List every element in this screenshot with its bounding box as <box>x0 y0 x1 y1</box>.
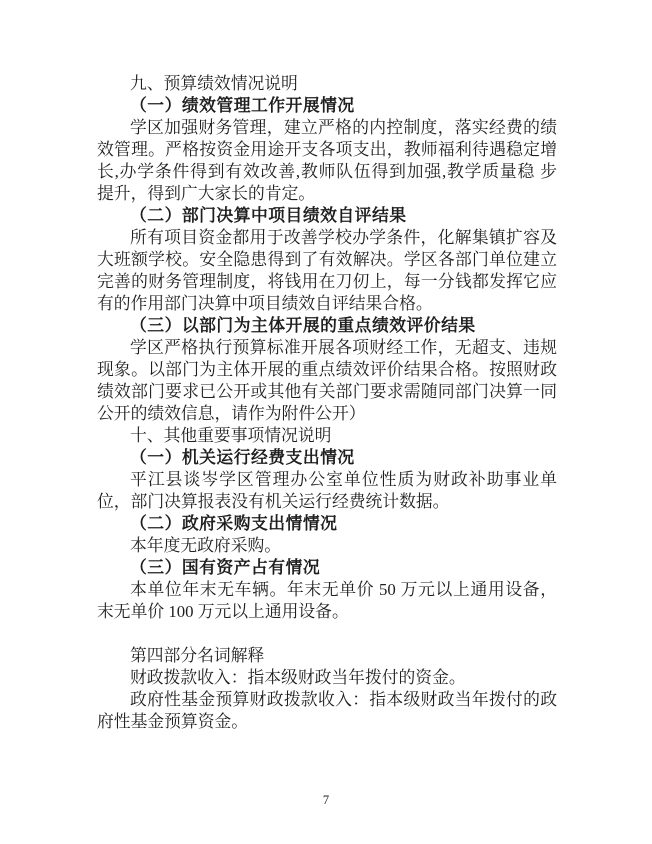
text-line: 第四部分名词解释 <box>97 645 557 667</box>
text-line: 所有项目资金都用于改善学校办学条件，化解集镇扩容及 <box>97 227 557 249</box>
text-line: 财政拨款收入：指本级财政当年拨付的资金。 <box>97 667 557 689</box>
text-line: 公开的绩效信息，请作为附件公开） <box>97 403 557 425</box>
text-line: 平江县谈岑学区管理办公室单位性质为财政补助事业单 <box>97 469 557 491</box>
section-heading: （三）以部门为主体开展的重点绩效评价结果 <box>97 315 557 337</box>
text-line: 学区加强财务管理，建立严格的内控制度，落实经费的绩 <box>97 117 557 139</box>
document-body: 九、预算绩效情况说明（一）绩效管理工作开展情况学区加强财务管理，建立严格的内控制… <box>97 73 557 733</box>
section-heading: （三）国有资产占有情况 <box>97 557 557 579</box>
text-line: 府性基金预算资金。 <box>97 711 557 733</box>
section-heading: （二）政府采购支出情情况 <box>97 513 557 535</box>
text-line: 大班额学校。安全隐患得到了有效解决。学区各部门单位建立 <box>97 249 557 271</box>
text-line: 长,办学条件得到有效改善,教师队伍得到加强,教学质量稳 步 <box>97 161 557 183</box>
text-line: 绩效部门要求已公开或其他有关部门要求需随同部门决算一同 <box>97 381 557 403</box>
text-line: 位，部门决算报表没有机关运行经费统计数据。 <box>97 491 557 513</box>
text-line: 有的作用部门决算中项目绩效自评结果合格。 <box>97 293 557 315</box>
blank-line <box>97 623 557 645</box>
section-heading: （二）部门决算中项目绩效自评结果 <box>97 205 557 227</box>
text-line: 末无单价 100 万元以上通用设备。 <box>97 601 557 623</box>
text-line: 学区严格执行预算标准开展各项财经工作，无超支、违规 <box>97 337 557 359</box>
text-line: 本年度无政府采购。 <box>97 535 557 557</box>
text-line: 完善的财务管理制度，将钱用在刀仞上，每一分钱都发挥它应 <box>97 271 557 293</box>
text-line: 政府性基金预算财政拨款收入：指本级财政当年拨付的政 <box>97 689 557 711</box>
section-heading: （一）绩效管理工作开展情况 <box>97 95 557 117</box>
text-line: 十、其他重要事项情况说明 <box>97 425 557 447</box>
section-heading: （一）机关运行经费支出情况 <box>97 447 557 469</box>
text-line: 现象。以部门为主体开展的重点绩效评价结果合格。按照财政 <box>97 359 557 381</box>
text-line: 九、预算绩效情况说明 <box>97 73 557 95</box>
text-line: 本单位年末无车辆。年末无单价 50 万元以上通用设备，年 <box>97 579 557 601</box>
text-line: 提升，得到广大家长的肯定。 <box>97 183 557 205</box>
page-number: 7 <box>0 792 652 808</box>
text-line: 效管理。严格按资金用途开支各项支出，教师福利待遇稳定增 <box>97 139 557 161</box>
document-page: { "page": { "number": "7", "background":… <box>0 0 652 844</box>
